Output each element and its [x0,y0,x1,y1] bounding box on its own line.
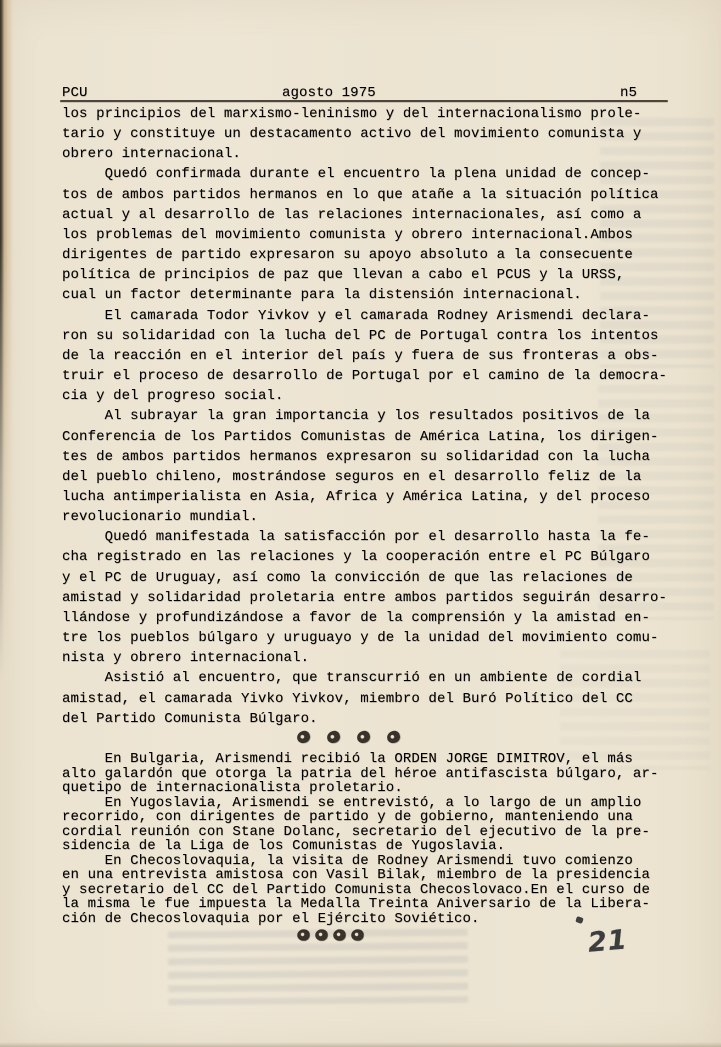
header-publication: PCU [62,85,88,101]
floral-ornament-icon [297,928,311,941]
header-underline-rule [60,100,668,102]
body-text-main: los principios del marxismo-leninismo y … [62,104,667,729]
floral-ornament-icon [356,730,372,745]
body-text-notes: En Bulgaria, Arismendi recibió la ORDEN … [62,752,659,927]
floral-ornament-icon [386,730,402,745]
floral-ornament-icon [296,730,312,745]
header-issue-number: n5 [620,85,637,101]
floral-ornament-icon [351,928,365,941]
book-binding-edge [0,0,13,680]
header-date: agosto 1975 [282,85,376,101]
page-bottom-edge [0,1042,721,1047]
page-number: 21 [587,924,629,958]
ornament-footer-row [297,929,364,941]
floral-ornament-icon [333,928,347,941]
floral-ornament-icon [315,928,329,941]
scanned-bulletin-page: PCU agosto 1975 n5 los principios del ma… [0,0,721,1047]
page-header: PCU agosto 1975 n5 [60,85,670,101]
ornament-separator-row [297,731,400,743]
floral-ornament-icon [326,730,342,745]
